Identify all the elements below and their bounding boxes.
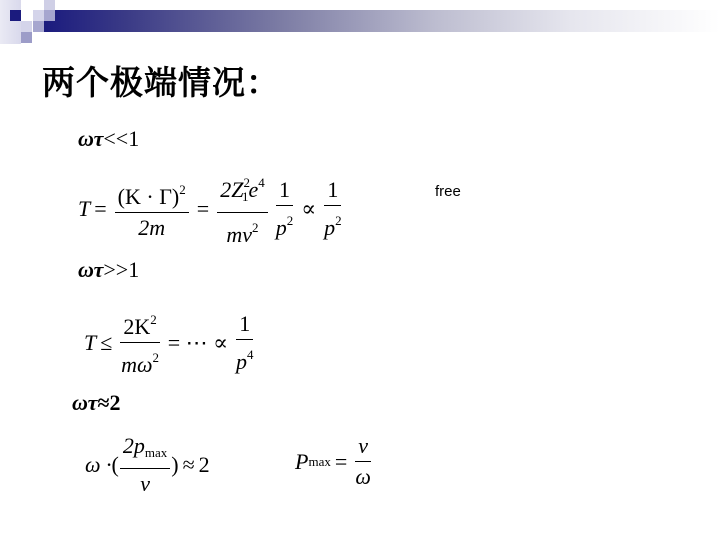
condition-relation: <<1 [103,126,139,151]
denominator: p [324,215,335,240]
superscript: 2 [287,213,294,228]
deco-square-mid [21,32,32,43]
equation-pmax: Pmax = v ω [295,433,375,490]
slide-title: 两个极端情况： [42,62,280,104]
eq-op: = [197,196,209,222]
superscript: 2 [335,213,342,228]
denominator: 2m [138,215,165,240]
paren-open: ( [112,452,119,478]
deco-square-mid [44,10,55,21]
superscript: 2 [179,182,186,197]
superscript: 2 [252,220,259,235]
deco-square-mid [33,21,44,32]
equation-crossover: ω · ( 2pmax v ) ≈ 2 [85,433,210,497]
fraction: 1 p4 [236,311,254,375]
condition-symbol: ωτ [78,257,103,282]
superscript: 4 [258,175,265,190]
eq-op: = [94,196,106,222]
eq-lhs: T [84,330,96,356]
eq-op: = ⋯ ∝ [168,330,228,356]
superscript: 2 [150,312,157,327]
header-decoration-strip [0,0,21,44]
numerator: 1 [324,177,341,206]
condition-symbol: ωτ [72,390,97,415]
condition-2: ωτ>>1 [78,257,139,283]
fraction: 2K2 mω2 [120,307,159,378]
condition-relation: ≈2 [97,390,120,415]
superscript: 2 [152,350,159,365]
eq-rhs: 2 [199,452,210,478]
numerator: v [358,433,368,458]
fraction: 2Z21e4 mv2 [217,170,268,248]
condition-1: ωτ<<1 [78,126,139,152]
superscript: 4 [247,347,254,362]
denominator: p [276,215,287,240]
subscript: max [308,454,330,470]
denominator: mω [121,352,152,377]
numerator: 1 [276,177,293,206]
equation-free-limit: T = (K · Γ)2 2m = 2Z21e4 mv2 1 p2 ∝ 1 p2 [78,170,346,248]
free-label: free [435,183,461,200]
fraction: (K · Γ)2 2m [115,177,189,241]
deco-square-light [33,10,44,21]
eq-op: ∝ [301,196,316,222]
fraction: 1 p2 [276,177,294,241]
condition-symbol: ωτ [78,126,103,151]
eq-op: ≤ [100,330,112,356]
fraction: 2pmax v [120,433,170,497]
condition-relation: >>1 [103,257,139,282]
denominator: p [236,349,247,374]
eq-lhs: ω · [85,452,112,478]
numerator: 1 [236,311,253,340]
eq-op: = [335,449,347,475]
condition-3: ωτ≈2 [72,390,120,416]
fraction: 1 p2 [324,177,342,241]
deco-square-navy [10,10,21,21]
denominator: ω [355,464,371,489]
header-gradient-bar [44,10,720,32]
eq-op: ≈ [183,452,195,478]
eq-lhs: T [78,196,90,222]
deco-square-light [21,21,32,32]
eq-lhs: P [295,449,308,475]
numerator: (K · Γ) [118,184,180,209]
fraction: v ω [355,433,371,490]
numerator: 2K [123,314,150,339]
equation-bound-limit: T ≤ 2K2 mω2 = ⋯ ∝ 1 p4 [84,307,258,378]
denominator: v [140,471,150,496]
subscript: max [145,445,167,460]
numerator-part: 2Z [220,177,243,202]
paren-close: ) [171,452,178,478]
numerator-part: e [248,177,258,202]
denominator: mv [226,222,252,247]
numerator: 2p [123,433,145,458]
